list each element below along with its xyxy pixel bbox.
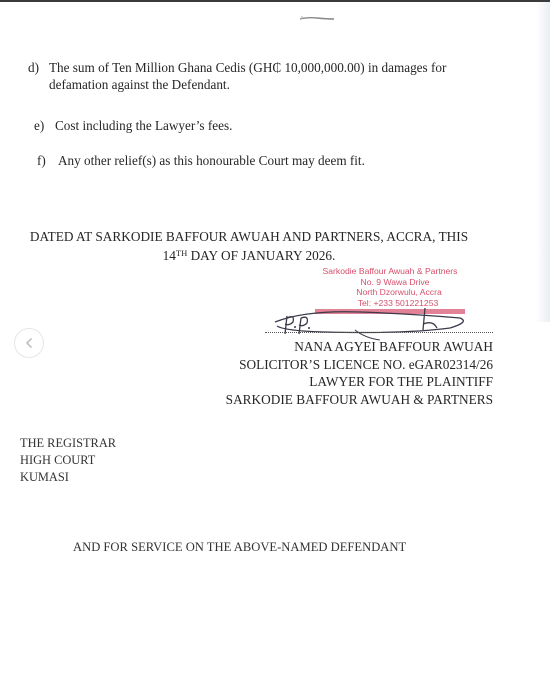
relief-item-f: f) Any other relief(s) as this honourabl… [37, 152, 477, 169]
dated-day-suffix: TH [176, 248, 187, 258]
addressee-line: THE REGISTRAR [20, 435, 116, 452]
addressee-line: KUMASI [20, 469, 116, 486]
stamp-line: No. 9 Wawa Drive [305, 277, 485, 288]
signature-block: NANA AGYEI BAFFOUR AWUAH SOLICITOR’S LIC… [226, 338, 493, 408]
dated-line-1: DATED AT SARKODIE BAFFOUR AWUAH AND PART… [14, 229, 484, 245]
addressee-block: THE REGISTRAR HIGH COURT KUMASI [20, 435, 116, 486]
solicitor-licence: SOLICITOR’S LICENCE NO. eGAR02314/26 [226, 356, 493, 374]
chevron-left-icon [23, 337, 35, 349]
relief-item-d: d) The sum of Ten Million Ghana Cedis (G… [28, 59, 498, 93]
stamp-line: Sarkodie Baffour Awuah & Partners [295, 266, 485, 277]
relief-text: The sum of Ten Million Ghana Cedis (GH₵ … [28, 59, 498, 93]
dated-rest: DAY OF JANUARY 2026. [187, 248, 335, 263]
relief-text: Any other relief(s) as this honourable C… [37, 152, 477, 169]
signatory-role: LAWYER FOR THE PLAINTIFF [226, 373, 493, 391]
signatory-name: NANA AGYEI BAFFOUR AWUAH [226, 338, 493, 356]
signature-line [265, 332, 493, 333]
relief-marker: e) [34, 117, 44, 134]
relief-item-e: e) Cost including the Lawyer’s fees. [34, 117, 474, 134]
page-edge-shadow [536, 2, 550, 322]
relief-text: Cost including the Lawyer’s fees. [34, 117, 474, 134]
handwritten-mark [299, 15, 335, 21]
relief-marker: f) [37, 152, 46, 169]
dated-statement: DATED AT SARKODIE BAFFOUR AWUAH AND PART… [14, 229, 484, 264]
relief-marker: d) [28, 59, 39, 76]
addressee-line: HIGH COURT [20, 452, 116, 469]
previous-page-button[interactable] [14, 328, 44, 358]
stamp-line: North Dzorwulu, Accra [313, 287, 485, 298]
firm-name: SARKODIE BAFFOUR AWUAH & PARTNERS [226, 391, 493, 409]
dated-day: 14 [163, 248, 176, 263]
viewer-top-border [0, 0, 550, 2]
dated-line-2: 14TH DAY OF JANUARY 2026. [14, 245, 484, 264]
service-line: AND FOR SERVICE ON THE ABOVE-NAMED DEFEN… [73, 540, 406, 555]
